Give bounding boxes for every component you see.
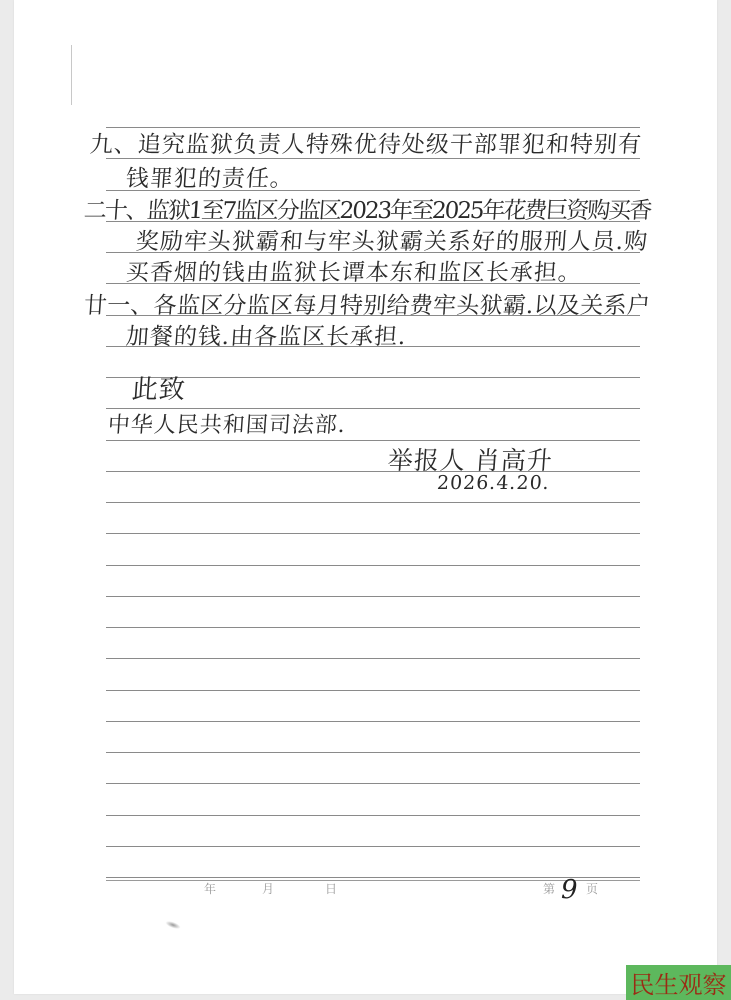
handwritten-line-item-20-cont2: 买香烟的钱由监狱长谭本东和监区长承担。 <box>125 254 583 287</box>
ruled-line <box>106 721 640 722</box>
ruled-line <box>106 815 640 816</box>
ruled-line <box>106 440 640 441</box>
ruled-line <box>106 877 640 878</box>
ruled-line <box>106 752 640 753</box>
recipient: 中华人民共和国司法部. <box>107 408 347 439</box>
footer-month-label: 月 <box>262 880 274 897</box>
footer-day-label: 日 <box>325 880 337 897</box>
footer-year-label: 年 <box>204 880 216 897</box>
ruled-line <box>106 471 640 472</box>
ruled-line <box>106 783 640 784</box>
watermark-badge: 民生观察 <box>626 965 731 1000</box>
watermark-text: 民生观察 <box>631 965 727 1000</box>
handwritten-line-item-9-cont: 钱罪犯的责任。 <box>125 160 295 193</box>
ruled-line <box>106 533 640 534</box>
page-number: 9 <box>561 875 578 905</box>
ruled-line <box>106 627 640 628</box>
handwritten-line-item-9: 九、追究监狱负责人特殊优待处级干部罪犯和特别有 <box>89 126 643 159</box>
margin-mark <box>71 45 72 105</box>
footer-page-prefix: 第 <box>543 880 555 897</box>
handwritten-line-item-21: 廿一、各监区分监区每月特别给费牢头狱霸.以及关系户 <box>83 287 652 320</box>
ruled-line <box>106 658 640 659</box>
ruled-line <box>106 565 640 566</box>
ruled-line <box>106 690 640 691</box>
handwritten-line-item-21-cont: 加餐的钱.由各监区长承担. <box>125 318 408 351</box>
ruled-line <box>106 846 640 847</box>
ruled-line <box>106 502 640 503</box>
footer-page-suffix: 页 <box>586 880 598 897</box>
ruled-line <box>106 596 640 597</box>
closing-salutation: 此致 <box>131 369 188 406</box>
handwritten-line-item-20: 二十、监狱1至7监区分监区2023年至2025年花费巨资购买香 <box>83 192 652 225</box>
date: 2026.4.20. <box>436 472 550 494</box>
handwritten-line-item-20-cont1: 奖励牢头狱霸和与牢头狱霸关系好的服刑人员.购 <box>135 223 650 256</box>
